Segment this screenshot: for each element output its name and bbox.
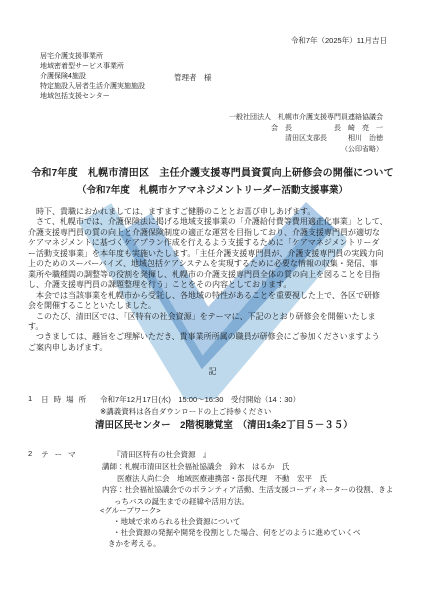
document-title-main: 令和7年度 札幌市清田区 主任介護支援専門員資質向上研修会の開催について [0, 164, 425, 179]
document-page: 令和7年（2025年）11月吉日 居宅介護支援事業所 地域密着型サービス事業所 … [0, 0, 425, 600]
item1-number: 1 [28, 394, 32, 405]
document-title-subtitle: （令和7年度 札幌市ケアマネジメントリーダー活動支援事業） [0, 182, 425, 196]
document-date: 令和7年（2025年）11月吉日 [291, 35, 387, 46]
document-title-block: 令和7年度 札幌市清田区 主任介護支援専門員資質向上研修会の開催について （令和… [0, 164, 425, 196]
item2-label: テーマ [41, 449, 82, 460]
body-paragraphs: 時下、貴職におかれましては、ますますご健勝のこととお喜び申しあげます。 さて、札… [28, 207, 406, 353]
groupwork-bullet-1: ・地域で求められる社会資源について [113, 516, 240, 527]
item2-heading: 2 テーマ [28, 449, 82, 460]
item1-venue: 清田区民センター 2階視聴覚室 （清田1条2丁目５－３５） [95, 417, 353, 431]
groupwork-bullet-2: ・社会資源の発掘や開発を役割とした場合、何をどのように進めていくべ [113, 527, 361, 538]
letter-content: 令和7年（2025年）11月吉日 居宅介護支援事業所 地域密着型サービス事業所 … [0, 0, 425, 600]
item2-theme: 『清田区特有の社会資源 』 [113, 449, 211, 460]
item2-lecturer-1: 講師：札幌市清田区社会福祉協議会 鈴木 はるか 氏 [102, 461, 290, 472]
addressee-label: 管理者 様 [174, 72, 212, 83]
seal-omitted-note: （公印省略） [229, 145, 383, 156]
sender-block: 一般社団法人 札幌市介護支援専門員連絡協議会 会 長 長 崎 亮 一 清田区支部… [229, 113, 383, 155]
recipient-list: 居宅介護支援事業所 地域密着型サービス事業所 介護保険4施設 特定施設入居者生活… [40, 52, 145, 102]
sender-branch-chief-line: 清田区支部長 相川 治徳 [229, 134, 383, 145]
item1-materials-note: ※講義資料は各自ダウンロードの上ご持参ください [100, 406, 271, 417]
groupwork-bullet-2-continuation: きかを考える。 [108, 538, 161, 549]
sender-organization: 一般社団法人 札幌市介護支援専門員連絡協議会 [229, 113, 383, 124]
item1-datetime: 令和7年12月17日(水) 15:00～16:30 受付開始（14：30） [100, 394, 300, 405]
item1-label: 日時場所 [41, 394, 91, 405]
item2-lecturer-2: 医療法人尚仁会 地域医療連携部・部長代理 不動 宏平 氏 [117, 473, 327, 484]
item2-number: 2 [28, 449, 32, 460]
item1-heading: 1 日時場所 [28, 394, 91, 405]
sender-president-line: 会 長 長 崎 亮 一 [229, 124, 383, 135]
groupwork-header: <グループワーク> [100, 505, 161, 516]
item2-content-line-1: 内容：社会福祉協議会でのボランティア活動、生活支援コーディネーターの役割、きよ [102, 484, 393, 495]
notice-marker: 記 [0, 366, 425, 377]
